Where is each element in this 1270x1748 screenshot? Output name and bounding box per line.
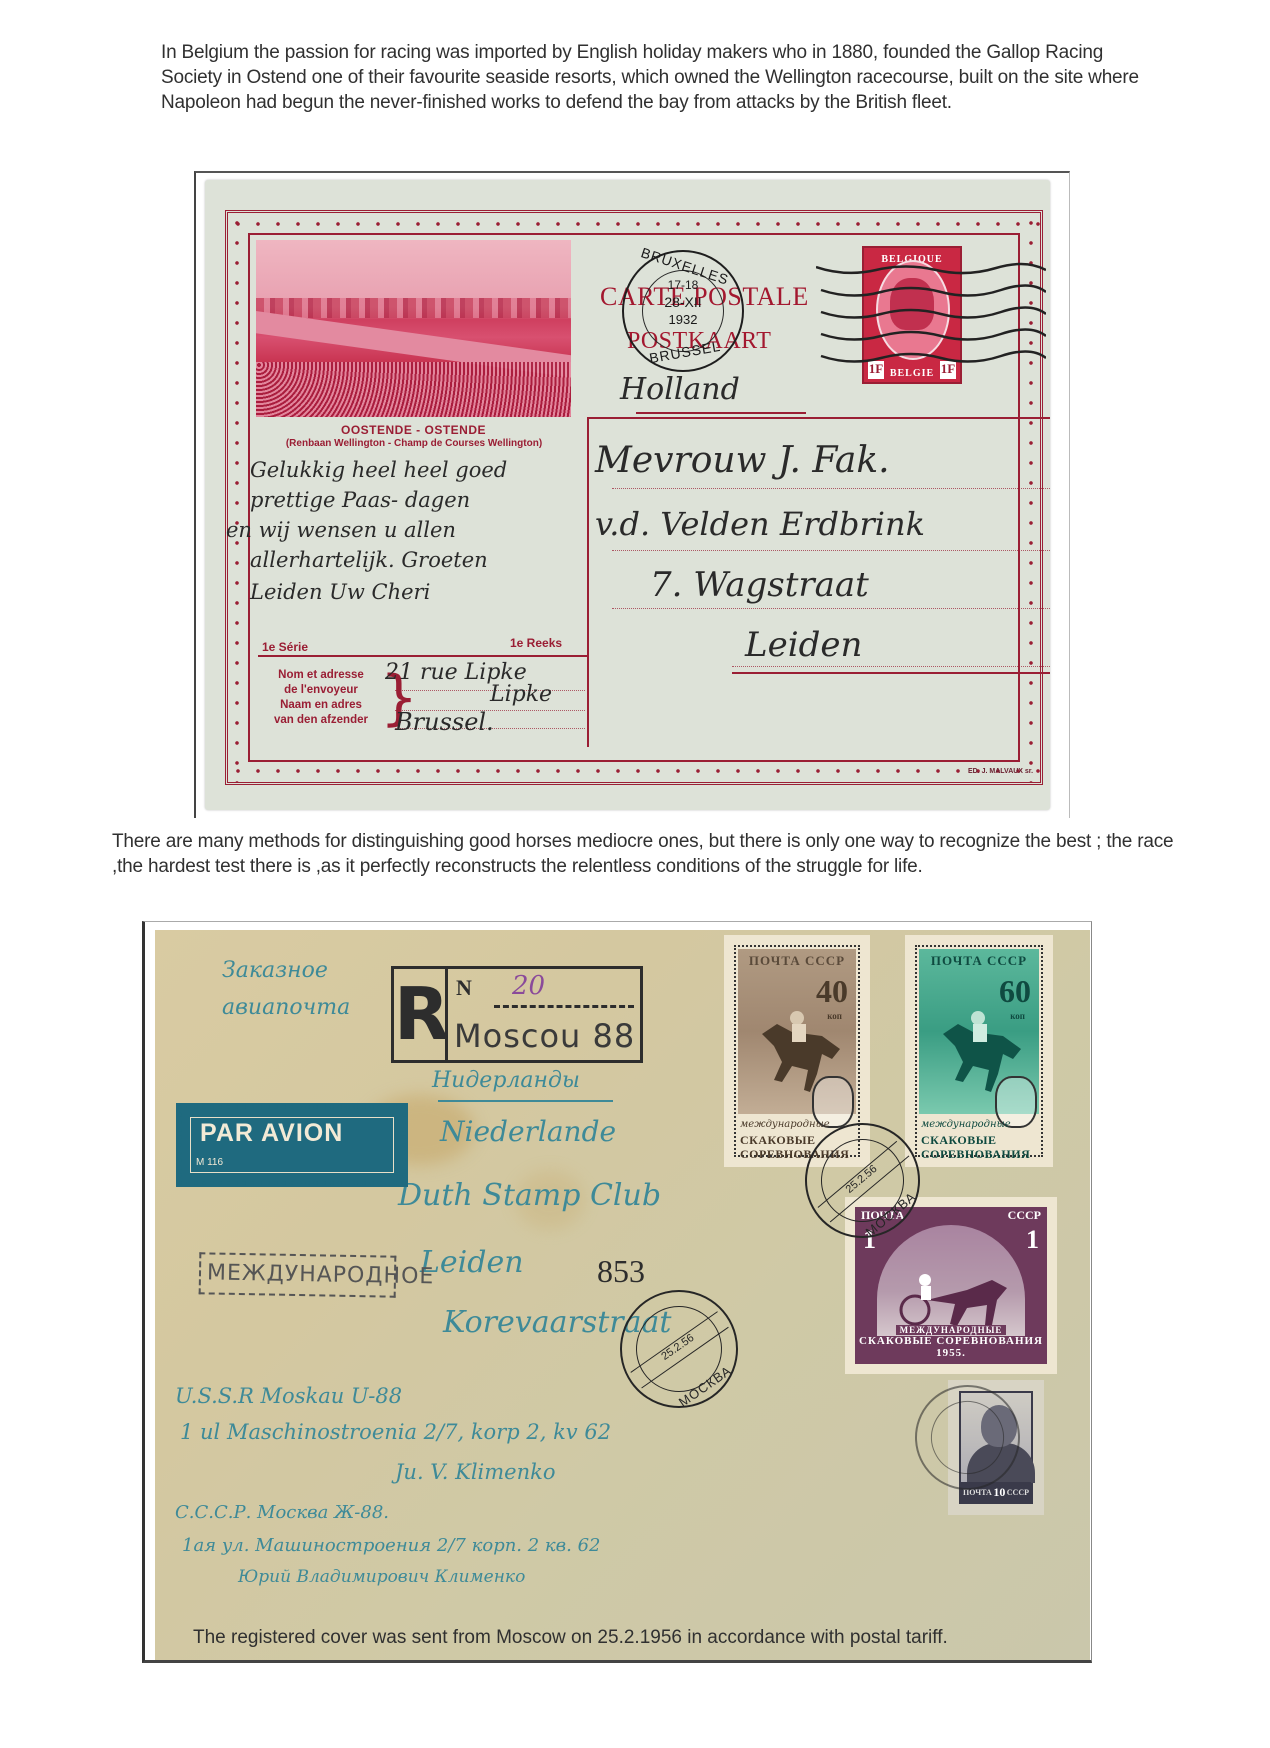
sender-line: Brussel. — [395, 708, 494, 736]
international-cachet: МЕЖДУНАРОДНОЕ — [199, 1252, 397, 1297]
registration-label: R N 20 Moscou 88 — [391, 966, 643, 1063]
registered-label: Заказное — [222, 958, 328, 983]
registration-number: 20 — [512, 971, 545, 1001]
registered-label: авиапочта — [222, 995, 350, 1020]
sender-label: Nom et adresse de l'envoyeur Naam en adr… — [255, 668, 387, 728]
sender-line: Ju. V. Klimenko — [395, 1460, 556, 1484]
sender-line: Юрий Владимирович Клименко — [238, 1567, 525, 1587]
recipient-line: Нидерланды — [432, 1068, 580, 1093]
stamp-60-kop: ПОЧТА СССР 60 коп международные СКАКОВЫЕ… — [905, 935, 1053, 1167]
picture-title: OOSTENDE - OSTENDE — [256, 423, 571, 437]
message-line: allerhartelijk. Groeten — [250, 548, 488, 572]
sender-line: С.С.С.Р. Москва Ж-88. — [175, 1502, 389, 1523]
address-line: Leiden — [745, 625, 862, 665]
message-line: en wij wensen u allen — [226, 518, 456, 542]
sender-line: 1ая ул. Машиностроения 2/7 корп. 2 кв. 6… — [182, 1535, 601, 1556]
cover-caption: The registered cover was sent from Mosco… — [193, 1627, 948, 1649]
intro-paragraph: In Belgium the passion for racing was im… — [161, 40, 1161, 115]
printer-credit: ED. J. MALVAUX sr. — [968, 768, 1033, 775]
middle-paragraph: There are many methods for distinguishin… — [112, 829, 1192, 879]
racecourse-illustration — [256, 240, 571, 417]
series-label-fr: 1e Série — [262, 640, 308, 654]
sender-line: 1 ul Maschinostroenia 2/7, korp 2, kv 62 — [180, 1420, 611, 1444]
bruxelles-postmark: BRUXELLES 17-18 28-XII 1932 BRUSSEL — [622, 250, 744, 372]
destination-country: Holland — [620, 372, 740, 407]
address-line: v.d. Velden Erdbrink — [595, 505, 925, 543]
message-line: prettige Paas- dagen — [250, 488, 470, 512]
address-line: Mevrouw J. Fak. — [595, 440, 890, 481]
sender-line: Lipke — [490, 682, 552, 707]
par-avion-label: PAR AVION M 116 — [178, 1105, 406, 1185]
recipient-line: Niederlande — [440, 1115, 616, 1148]
picture-subtitle: (Renbaan Wellington - Champ de Courses W… — [244, 438, 584, 449]
wavy-cancel-lines — [816, 262, 1046, 372]
address-line: 7. Wagstraat — [650, 565, 869, 605]
recipient-line: Duth Stamp Club — [398, 1178, 661, 1213]
sender-line: U.S.S.R Moskau U-88 — [175, 1384, 402, 1408]
series-label-nl: 1e Reeks — [510, 636, 562, 650]
recipient-line: Leiden — [420, 1245, 524, 1280]
recipient-number: 853 — [597, 1253, 645, 1290]
message-line: Gelukkig heel heel goed — [250, 458, 507, 482]
message-line: Leiden Uw Cheri — [250, 580, 430, 604]
